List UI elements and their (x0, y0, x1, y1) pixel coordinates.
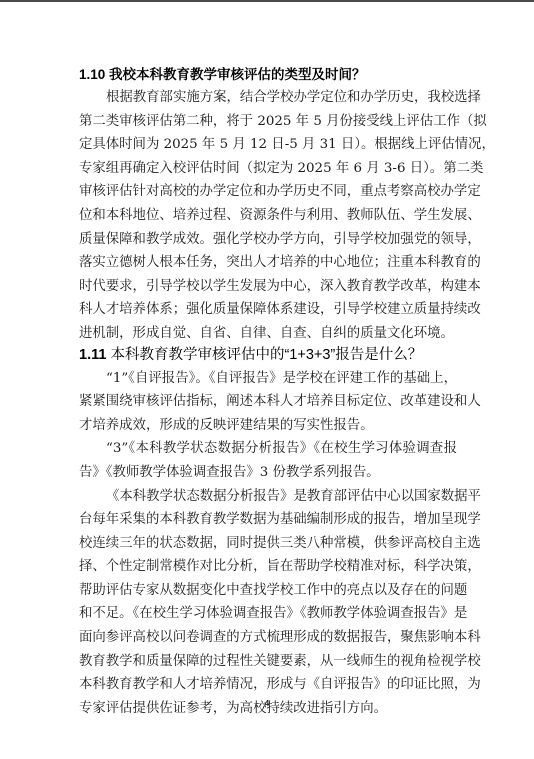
text-line: 告》《教师教学体验调查报告》3 份教学系列报告。 (79, 461, 457, 485)
text-line: 进机制，形成自觉、自省、自律、自查、自纠的质量文化环境。 (79, 322, 457, 346)
text-line: 择、个性定制常模作对比分析，旨在帮助学校精准对标，科学决策， (79, 555, 457, 579)
text-line: 校连续三年的状态数据，同时提供三类八种常模，供参评高校自主选 (79, 532, 457, 556)
text-line: 紧紧围绕审核评估指标，阐述本科人才培养目标定位、改革建设和人 (79, 390, 457, 414)
text-line: 位和本科地位、培养过程、资源条件与利用、教师队伍、学生发展、 (79, 204, 457, 228)
text-line: 专家组再确定入校评估时间（拟定为 2025 年 6 月 3-6 日）。第二类 (79, 157, 457, 181)
section-1-10-paragraph: 根据教育部实施方案，结合学校办学定位和办学历史，我校选择 第二类审核评估第二种，… (79, 86, 457, 346)
text-line: 《本科教学状态数据分析报告》是教育部评估中心以国家数据平 (79, 485, 457, 509)
text-line: “3”《本科教学状态数据分析报告》《在校生学习体验调查报 (79, 437, 457, 461)
text-line: 第二类审核评估第二种，将于 2025 年 5 月份接受线上评估工作（拟 (79, 110, 457, 134)
text-line: 定具体时间为 2025 年 5 月 12 日-5 月 31 日）。根据线上评估情… (79, 133, 457, 157)
text-line: 根据教育部实施方案，结合学校办学定位和办学历史，我校选择 (79, 86, 457, 110)
text-line: 落实立德树人根本任务，突出人才培养的中心地位；注重本科教育的 (79, 251, 457, 275)
text-line: 台每年采集的本科教育教学数据为基础编制形成的报告，增加呈现学 (79, 508, 457, 532)
text-line: “1”《自评报告》。《自评报告》是学校在评建工作的基础上， (79, 367, 457, 391)
section-heading-1-10: 1.10 我校本科教育教学审核评估的类型及时间？ (79, 64, 457, 86)
text-line: 审核评估针对高校的办学定位和办学历史不同，重点考察高校办学定 (79, 180, 457, 204)
section-heading-1-11: 1.11 本科教育教学审核评估中的“1+3+3”报告是什么？ (79, 346, 457, 365)
text-line: 帮助评估专家从数据变化中查找学校工作中的亮点以及存在的问题 (79, 579, 457, 603)
text-line: 教育教学和质量保障的过程性关键要素，从一线师生的视角检视学校 (79, 650, 457, 674)
text-line: 本科教育教学和人才培养情况，形成与《自评报告》的印证比照，为 (79, 673, 457, 697)
section-title: 本科教育教学审核评估中的“1+3+3”报告是什么？ (110, 347, 422, 363)
text-line: 科人才培养体系；强化质量保障体系建设，引导学校建立质量持续改 (79, 298, 457, 322)
text-line: 面向参评高校以问卷调查的方式梳理形成的数据报告，聚焦影响本科 (79, 626, 457, 650)
text-line: 质量保障和教学成效。强化学校办学方向，引导学校加强党的领导， (79, 228, 457, 252)
section-1-11-paragraph-1: “1”《自评报告》。《自评报告》是学校在评建工作的基础上， 紧紧围绕审核评估指标… (79, 367, 457, 438)
section-number: 1.11 (79, 347, 106, 363)
page-number: 4 (0, 699, 534, 708)
text-line: 才培养成效，形成的反映评建结果的写实性报告。 (79, 414, 457, 438)
text-line: 时代要求，引导学校以学生发展为中心，深入教育教学改革，构建本 (79, 275, 457, 299)
text-line: 和不足。《在校生学习体验调查报告》《教师教学体验调查报告》是 (79, 602, 457, 626)
section-1-11-paragraph-2: “3”《本科教学状态数据分析报告》《在校生学习体验调查报 告》《教师教学体验调查… (79, 437, 457, 484)
document-page: 1.10 我校本科教育教学审核评估的类型及时间？ 根据教育部实施方案，结合学校办… (79, 64, 457, 720)
section-1-11-paragraph-3: 《本科教学状态数据分析报告》是教育部评估中心以国家数据平 台每年采集的本科教育教… (79, 485, 457, 721)
